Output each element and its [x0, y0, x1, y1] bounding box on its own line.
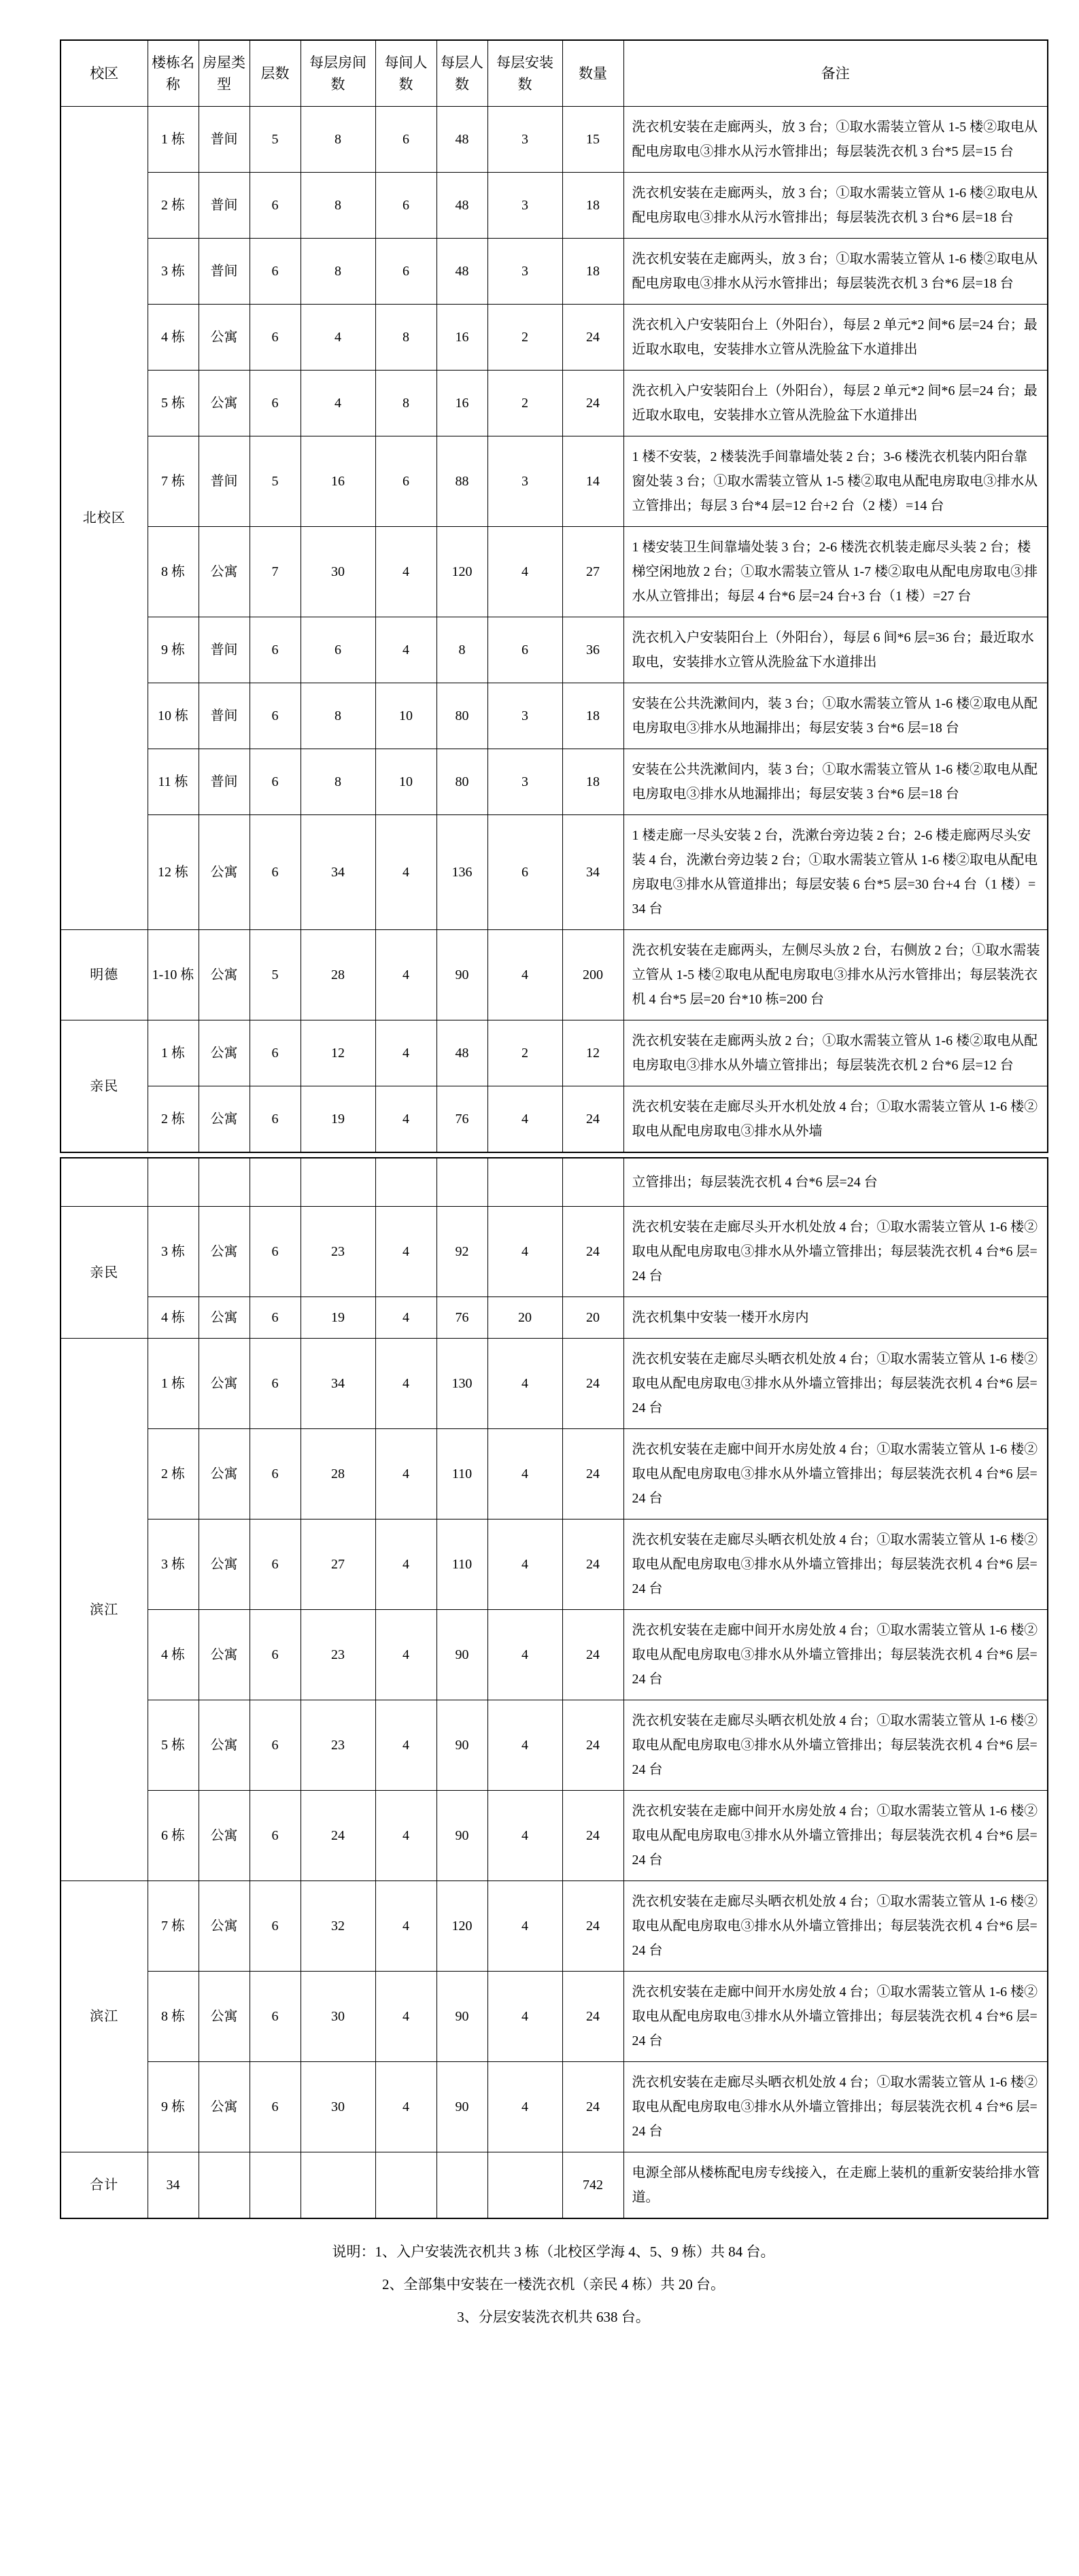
- cell-type: 普间: [199, 239, 250, 305]
- cell-floors: 6: [250, 749, 301, 815]
- cell-rooms: 27: [301, 1519, 375, 1610]
- cell-name: 7 栋: [148, 436, 199, 527]
- cell-remark: 洗衣机安装在走廊两头，左侧尽头放 2 台，右侧放 2 台；①取水需装立管从 1-…: [623, 930, 1048, 1020]
- cell-rooms: 8: [301, 749, 375, 815]
- cell-per-floor: 136: [436, 815, 487, 930]
- cell-rooms: 30: [301, 2062, 375, 2152]
- col-header-people-per-floor: 每层人数: [436, 40, 487, 107]
- cell-name: 4 栋: [148, 305, 199, 371]
- cell-remark: 洗衣机安装在走廊中间开水房处放 4 台；①取水需装立管从 1-6 楼②取电从配电…: [623, 1610, 1048, 1700]
- total-empty-cell: [250, 2152, 301, 2219]
- table-header: 校区 楼栋名称 房屋类型 层数 每层房间数 每间人数 每层人数 每层安装数 数量…: [61, 40, 1048, 107]
- cell-rooms: 23: [301, 1700, 375, 1791]
- cell-type: 公寓: [199, 1881, 250, 1972]
- cell-rooms: 4: [301, 371, 375, 436]
- cell-remark: 洗衣机安装在走廊尽头晒衣机处放 4 台；①取水需装立管从 1-6 楼②取电从配电…: [623, 1700, 1048, 1791]
- cell-rooms: 23: [301, 1207, 375, 1297]
- notes-section: 说明：1、入户安装洗衣机共 3 栋（北校区学海 4、5、9 栋）共 84 台。 …: [60, 2235, 1047, 2333]
- cell-name: 5 栋: [148, 371, 199, 436]
- cell-type: 公寓: [199, 1297, 250, 1339]
- cell-type: 公寓: [199, 1791, 250, 1881]
- cell-rooms: 32: [301, 1881, 375, 1972]
- cell-remark: 洗衣机入户安装阳台上（外阳台），每层 6 间*6 层=36 台；最近取水取电，安…: [623, 617, 1048, 683]
- cell-type: [199, 1158, 250, 1207]
- cell-rooms: 8: [301, 683, 375, 749]
- cell-rooms: 19: [301, 1297, 375, 1339]
- cell-per-floor-install: 4: [487, 1519, 562, 1610]
- building-row: 4 栋公寓64816224洗衣机入户安装阳台上（外阳台），每层 2 单元*2 间…: [61, 305, 1048, 371]
- col-header-installs-per-floor: 每层安装数: [487, 40, 562, 107]
- building-row: 亲民3 栋公寓623492424洗衣机安装在走廊尽头开水机处放 4 台；①取水需…: [61, 1207, 1048, 1297]
- cell-per-floor-install: 6: [487, 617, 562, 683]
- cell-remark: 洗衣机安装在走廊两头，放 3 台；①取水需装立管从 1-6 楼②取电从配电房取电…: [623, 173, 1048, 239]
- cell-qty: 24: [562, 371, 623, 436]
- campus-cell: 亲民: [61, 1207, 148, 1339]
- col-header-campus: 校区: [61, 40, 148, 107]
- cell-per-floor-install: 3: [487, 749, 562, 815]
- cell-per-floor-install: 4: [487, 527, 562, 617]
- cell-name: 3 栋: [148, 239, 199, 305]
- cell-name: 8 栋: [148, 527, 199, 617]
- document-page: 校区 楼栋名称 房屋类型 层数 每层房间数 每间人数 每层人数 每层安装数 数量…: [0, 0, 1079, 2576]
- cell-floors: 6: [250, 1519, 301, 1610]
- cell-remark: 立管排出；每层装洗衣机 4 台*6 层=24 台: [623, 1158, 1048, 1207]
- cell-per-room: 4: [375, 1086, 436, 1153]
- cell-rooms: 28: [301, 1429, 375, 1519]
- cell-qty: 27: [562, 527, 623, 617]
- cell-type: 公寓: [199, 527, 250, 617]
- cell-type: 公寓: [199, 815, 250, 930]
- cell-qty: 24: [562, 1610, 623, 1700]
- cell-qty: 12: [562, 1020, 623, 1086]
- campus-cell: 滨江: [61, 1339, 148, 1881]
- building-row: 北校区1 栋普间58648315洗衣机安装在走廊两头，放 3 台；①取水需装立管…: [61, 107, 1048, 173]
- campus-cell: 明德: [61, 930, 148, 1020]
- install-plan-table-part2: 立管排出；每层装洗衣机 4 台*6 层=24 台亲民3 栋公寓623492424…: [60, 1157, 1048, 2219]
- cell-per-floor-install: 4: [487, 1700, 562, 1791]
- cell-name: 5 栋: [148, 1700, 199, 1791]
- cell-name: 1 栋: [148, 1020, 199, 1086]
- cell-per-floor-install: 4: [487, 1881, 562, 1972]
- cell-per-floor: 90: [436, 1610, 487, 1700]
- cell-per-floor: 80: [436, 683, 487, 749]
- cell-qty: 24: [562, 1700, 623, 1791]
- cell-remark: 洗衣机安装在走廊尽头开水机处放 4 台；①取水需装立管从 1-6 楼②取电从配电…: [623, 1086, 1048, 1153]
- cell-floors: 5: [250, 930, 301, 1020]
- cell-per-floor: 88: [436, 436, 487, 527]
- cell-floors: 6: [250, 1791, 301, 1881]
- cell-rooms: 12: [301, 1020, 375, 1086]
- total-empty-cell: [199, 2152, 250, 2219]
- cell-per-floor-install: 4: [487, 1086, 562, 1153]
- cell-floors: 6: [250, 371, 301, 436]
- cell-qty: 15: [562, 107, 623, 173]
- cell-type: 公寓: [199, 1429, 250, 1519]
- cell-name: 2 栋: [148, 1429, 199, 1519]
- cell-name: 2 栋: [148, 1086, 199, 1153]
- header-row: 校区 楼栋名称 房屋类型 层数 每层房间数 每间人数 每层人数 每层安装数 数量…: [61, 40, 1048, 107]
- campus-cell: 亲民: [61, 1020, 148, 1153]
- cell-type: 公寓: [199, 1020, 250, 1086]
- cell-type: 普间: [199, 436, 250, 527]
- cell-per-room: 4: [375, 815, 436, 930]
- cell-floors: 5: [250, 107, 301, 173]
- note-line-3: 3、分层安装洗衣机共 638 台。: [60, 2301, 1047, 2333]
- cell-per-room: 4: [375, 2062, 436, 2152]
- building-row: 11 栋普间681080318安装在公共洗漱间内，装 3 台；①取水需装立管从 …: [61, 749, 1048, 815]
- cell-per-room: [375, 1158, 436, 1207]
- cell-qty: 18: [562, 749, 623, 815]
- building-row: 8 栋公寓73041204271 楼安装卫生间靠墙处装 3 台；2-6 楼洗衣机…: [61, 527, 1048, 617]
- cell-floors: 6: [250, 1207, 301, 1297]
- cell-per-floor: 90: [436, 1972, 487, 2062]
- building-row: 6 栋公寓624490424洗衣机安装在走廊中间开水房处放 4 台；①取水需装立…: [61, 1791, 1048, 1881]
- continuation-row: 立管排出；每层装洗衣机 4 台*6 层=24 台: [61, 1158, 1048, 1207]
- campus-cell: 北校区: [61, 107, 148, 930]
- cell-per-floor-install: 3: [487, 436, 562, 527]
- cell-per-floor: 120: [436, 527, 487, 617]
- building-row: 2 栋公寓6284110424洗衣机安装在走廊中间开水房处放 4 台；①取水需装…: [61, 1429, 1048, 1519]
- cell-remark: 洗衣机安装在走廊尽头晒衣机处放 4 台；①取水需装立管从 1-6 楼②取电从配电…: [623, 1519, 1048, 1610]
- cell-qty: [562, 1158, 623, 1207]
- cell-per-floor-install: 6: [487, 815, 562, 930]
- cell-qty: 34: [562, 815, 623, 930]
- cell-rooms: 19: [301, 1086, 375, 1153]
- building-row: 滨江7 栋公寓6324120424洗衣机安装在走廊尽头晒衣机处放 4 台；①取水…: [61, 1881, 1048, 1972]
- cell-floors: 7: [250, 527, 301, 617]
- cell-per-room: 4: [375, 1972, 436, 2062]
- cell-type: 公寓: [199, 1086, 250, 1153]
- cell-per-room: 4: [375, 617, 436, 683]
- cell-per-floor-install: 4: [487, 1339, 562, 1429]
- cell-name: 11 栋: [148, 749, 199, 815]
- cell-name: 2 栋: [148, 173, 199, 239]
- cell-type: 普间: [199, 683, 250, 749]
- building-row: 2 栋普间68648318洗衣机安装在走廊两头，放 3 台；①取水需装立管从 1…: [61, 173, 1048, 239]
- cell-per-floor-install: 4: [487, 1610, 562, 1700]
- total-empty-cell: [436, 2152, 487, 2219]
- cell-per-floor-install: 4: [487, 1429, 562, 1519]
- cell-type: 公寓: [199, 1519, 250, 1610]
- cell-rooms: 34: [301, 815, 375, 930]
- cell-per-floor: 90: [436, 1791, 487, 1881]
- cell-qty: 14: [562, 436, 623, 527]
- total-quantity-cell: 742: [562, 2152, 623, 2219]
- cell-per-floor: 8: [436, 617, 487, 683]
- building-row: 亲民1 栋公寓612448212洗衣机安装在走廊两头放 2 台；①取水需装立管从…: [61, 1020, 1048, 1086]
- building-row: 12 栋公寓63441366341 楼走廊一尽头安装 2 台，洗漱台旁边装 2 …: [61, 815, 1048, 930]
- cell-type: 公寓: [199, 2062, 250, 2152]
- building-row: 5 栋公寓623490424洗衣机安装在走廊尽头晒衣机处放 4 台；①取水需装立…: [61, 1700, 1048, 1791]
- campus-cell: 滨江: [61, 1881, 148, 2152]
- cell-floors: 6: [250, 1610, 301, 1700]
- cell-per-floor-install: 4: [487, 930, 562, 1020]
- cell-type: 公寓: [199, 305, 250, 371]
- cell-remark: 安装在公共洗漱间内，装 3 台；①取水需装立管从 1-6 楼②取电从配电房取电③…: [623, 683, 1048, 749]
- cell-per-floor: 110: [436, 1519, 487, 1610]
- cell-name: 12 栋: [148, 815, 199, 930]
- cell-remark: 洗衣机安装在走廊两头，放 3 台；①取水需装立管从 1-6 楼②取电从配电房取电…: [623, 239, 1048, 305]
- cell-rooms: 30: [301, 1972, 375, 2062]
- cell-rooms: 6: [301, 617, 375, 683]
- cell-per-floor-install: 3: [487, 107, 562, 173]
- cell-floors: 6: [250, 173, 301, 239]
- cell-type: 公寓: [199, 371, 250, 436]
- col-header-remark: 备注: [623, 40, 1048, 107]
- cell-per-room: 4: [375, 1519, 436, 1610]
- cell-rooms: 8: [301, 107, 375, 173]
- total-empty-cell: [487, 2152, 562, 2219]
- cell-name: 1-10 栋: [148, 930, 199, 1020]
- cell-name: 4 栋: [148, 1610, 199, 1700]
- cell-remark: 洗衣机入户安装阳台上（外阳台），每层 2 单元*2 间*6 层=24 台；最近取…: [623, 305, 1048, 371]
- cell-qty: 18: [562, 683, 623, 749]
- col-header-people-per-room: 每间人数: [375, 40, 436, 107]
- cell-remark: 洗衣机集中安装一楼开水房内: [623, 1297, 1048, 1339]
- cell-remark: 洗衣机安装在走廊尽头晒衣机处放 4 台；①取水需装立管从 1-6 楼②取电从配电…: [623, 1339, 1048, 1429]
- cell-per-room: 4: [375, 1297, 436, 1339]
- cell-qty: 24: [562, 305, 623, 371]
- cell-per-floor: 48: [436, 239, 487, 305]
- cell-per-room: 6: [375, 436, 436, 527]
- cell-per-floor: 48: [436, 107, 487, 173]
- building-row: 滨江1 栋公寓6344130424洗衣机安装在走廊尽头晒衣机处放 4 台；①取水…: [61, 1339, 1048, 1429]
- total-remark-cell: 电源全部从楼栋配电房专线接入，在走廊上装机的重新安装给排水管道。: [623, 2152, 1048, 2219]
- cell-per-floor: 92: [436, 1207, 487, 1297]
- cell-name: 1 栋: [148, 1339, 199, 1429]
- cell-per-floor-install: 4: [487, 2062, 562, 2152]
- cell-per-floor-install: 2: [487, 371, 562, 436]
- cell-name: 7 栋: [148, 1881, 199, 1972]
- note-line-2: 2、全部集中安装在一楼洗衣机（亲民 4 栋）共 20 台。: [60, 2268, 1047, 2301]
- cell-per-floor: 48: [436, 1020, 487, 1086]
- total-row: 合计34742电源全部从楼栋配电房专线接入，在走廊上装机的重新安装给排水管道。: [61, 2152, 1048, 2219]
- cell-type: 公寓: [199, 1700, 250, 1791]
- cell-name: 9 栋: [148, 617, 199, 683]
- cell-type: 普间: [199, 173, 250, 239]
- building-row: 9 栋普间6648636洗衣机入户安装阳台上（外阳台），每层 6 间*6 层=3…: [61, 617, 1048, 683]
- cell-remark: 安装在公共洗漱间内，装 3 台；①取水需装立管从 1-6 楼②取电从配电房取电③…: [623, 749, 1048, 815]
- cell-per-room: 4: [375, 1207, 436, 1297]
- cell-remark: 1 楼不安装，2 楼装洗手间靠墙处装 2 台；3-6 楼洗衣机装内阳台靠窗处装 …: [623, 436, 1048, 527]
- cell-per-room: 4: [375, 1610, 436, 1700]
- cell-per-floor-install: 3: [487, 239, 562, 305]
- cell-qty: 18: [562, 239, 623, 305]
- cell-floors: 6: [250, 1429, 301, 1519]
- cell-name: 6 栋: [148, 1791, 199, 1881]
- cell-per-floor: 110: [436, 1429, 487, 1519]
- cell-per-floor: [436, 1158, 487, 1207]
- cell-qty: 24: [562, 1881, 623, 1972]
- cell-floors: 6: [250, 1972, 301, 2062]
- building-row: 2 栋公寓619476424洗衣机安装在走廊尽头开水机处放 4 台；①取水需装立…: [61, 1086, 1048, 1153]
- cell-per-floor-install: [487, 1158, 562, 1207]
- cell-qty: 24: [562, 1339, 623, 1429]
- cell-per-room: 4: [375, 527, 436, 617]
- cell-floors: 6: [250, 1297, 301, 1339]
- cell-per-room: 6: [375, 239, 436, 305]
- building-row: 9 栋公寓630490424洗衣机安装在走廊尽头晒衣机处放 4 台；①取水需装立…: [61, 2062, 1048, 2152]
- cell-remark: 洗衣机安装在走廊尽头晒衣机处放 4 台；①取水需装立管从 1-6 楼②取电从配电…: [623, 1881, 1048, 1972]
- cell-qty: 24: [562, 1429, 623, 1519]
- cell-qty: 24: [562, 1086, 623, 1153]
- cell-per-room: 4: [375, 1881, 436, 1972]
- cell-type: 公寓: [199, 930, 250, 1020]
- cell-per-floor-install: 3: [487, 683, 562, 749]
- cell-per-floor: 90: [436, 1700, 487, 1791]
- install-plan-table-part1: 校区 楼栋名称 房屋类型 层数 每层房间数 每间人数 每层人数 每层安装数 数量…: [60, 39, 1048, 1153]
- building-row: 4 栋公寓623490424洗衣机安装在走廊中间开水房处放 4 台；①取水需装立…: [61, 1610, 1048, 1700]
- cell-per-floor: 16: [436, 371, 487, 436]
- cell-per-room: 4: [375, 1020, 436, 1086]
- cell-remark: 洗衣机安装在走廊尽头晒衣机处放 4 台；①取水需装立管从 1-6 楼②取电从配电…: [623, 2062, 1048, 2152]
- cell-rooms: 23: [301, 1610, 375, 1700]
- cell-per-floor: 90: [436, 2062, 487, 2152]
- cell-per-room: 10: [375, 749, 436, 815]
- cell-rooms: 8: [301, 239, 375, 305]
- cell-rooms: 24: [301, 1791, 375, 1881]
- cell-floors: 6: [250, 617, 301, 683]
- cell-rooms: 30: [301, 527, 375, 617]
- col-header-type: 房屋类型: [199, 40, 250, 107]
- cell-qty: 24: [562, 2062, 623, 2152]
- cell-per-room: 4: [375, 1700, 436, 1791]
- cell-remark: 1 楼安装卫生间靠墙处装 3 台；2-6 楼洗衣机装走廊尽头装 2 台；楼梯空闲…: [623, 527, 1048, 617]
- cell-per-room: 8: [375, 371, 436, 436]
- cell-per-floor-install: 4: [487, 1207, 562, 1297]
- building-row: 3 栋公寓6274110424洗衣机安装在走廊尽头晒衣机处放 4 台；①取水需装…: [61, 1519, 1048, 1610]
- cell-floors: 6: [250, 1339, 301, 1429]
- cell-per-room: 8: [375, 305, 436, 371]
- cell-per-floor: 76: [436, 1297, 487, 1339]
- cell-per-room: 4: [375, 1429, 436, 1519]
- cell-qty: 200: [562, 930, 623, 1020]
- building-row: 3 栋普间68648318洗衣机安装在走廊两头，放 3 台；①取水需装立管从 1…: [61, 239, 1048, 305]
- cell-rooms: 4: [301, 305, 375, 371]
- total-empty-cell: [301, 2152, 375, 2219]
- building-row: 5 栋公寓64816224洗衣机入户安装阳台上（外阳台），每层 2 单元*2 间…: [61, 371, 1048, 436]
- cell-per-floor: 120: [436, 1881, 487, 1972]
- cell-qty: 24: [562, 1972, 623, 2062]
- cell-per-floor: 80: [436, 749, 487, 815]
- cell-remark: 洗衣机安装在走廊中间开水房处放 4 台；①取水需装立管从 1-6 楼②取电从配电…: [623, 1791, 1048, 1881]
- cell-rooms: 34: [301, 1339, 375, 1429]
- col-header-rooms-per-floor: 每层房间数: [301, 40, 375, 107]
- cell-type: 公寓: [199, 1339, 250, 1429]
- cell-per-room: 4: [375, 1791, 436, 1881]
- cell-per-room: 10: [375, 683, 436, 749]
- cell-qty: 24: [562, 1519, 623, 1610]
- cell-floors: 5: [250, 436, 301, 527]
- building-row: 10 栋普间681080318安装在公共洗漱间内，装 3 台；①取水需装立管从 …: [61, 683, 1048, 749]
- cell-floors: 6: [250, 1086, 301, 1153]
- cell-floors: 6: [250, 239, 301, 305]
- cell-remark: 洗衣机入户安装阳台上（外阳台），每层 2 单元*2 间*6 层=24 台；最近取…: [623, 371, 1048, 436]
- cell-name: 3 栋: [148, 1519, 199, 1610]
- cell-floors: 6: [250, 683, 301, 749]
- cell-qty: 20: [562, 1297, 623, 1339]
- total-buildings-cell: 34: [148, 2152, 199, 2219]
- cell-remark: 洗衣机安装在走廊两头，放 3 台；①取水需装立管从 1-5 楼②取电从配电房取电…: [623, 107, 1048, 173]
- cell-per-floor: 48: [436, 173, 487, 239]
- cell-floors: 6: [250, 1881, 301, 1972]
- cell-per-room: 4: [375, 930, 436, 1020]
- cell-per-floor-install: 2: [487, 1020, 562, 1086]
- total-empty-cell: [375, 2152, 436, 2219]
- cell-per-floor-install: 2: [487, 305, 562, 371]
- cell-floors: 6: [250, 815, 301, 930]
- cell-rooms: [301, 1158, 375, 1207]
- cell-remark: 洗衣机安装在走廊两头放 2 台；①取水需装立管从 1-6 楼②取电从配电房取电③…: [623, 1020, 1048, 1086]
- cell-name: 3 栋: [148, 1207, 199, 1297]
- cell-per-floor: 130: [436, 1339, 487, 1429]
- cell-name: 8 栋: [148, 1972, 199, 2062]
- cell-name: [148, 1158, 199, 1207]
- cell-per-floor: 76: [436, 1086, 487, 1153]
- building-row: 明德1-10 栋公寓5284904200洗衣机安装在走廊两头，左侧尽头放 2 台…: [61, 930, 1048, 1020]
- col-header-quantity: 数量: [562, 40, 623, 107]
- cell-remark: 洗衣机安装在走廊尽头开水机处放 4 台；①取水需装立管从 1-6 楼②取电从配电…: [623, 1207, 1048, 1297]
- cell-name: 4 栋: [148, 1297, 199, 1339]
- cell-floors: 6: [250, 1700, 301, 1791]
- cell-per-floor-install: 4: [487, 1791, 562, 1881]
- cell-qty: 18: [562, 173, 623, 239]
- cell-name: 10 栋: [148, 683, 199, 749]
- cell-floors: [250, 1158, 301, 1207]
- total-label-cell: 合计: [61, 2152, 148, 2219]
- cell-type: 普间: [199, 617, 250, 683]
- col-header-building: 楼栋名称: [148, 40, 199, 107]
- campus-cell: [61, 1158, 148, 1207]
- cell-floors: 6: [250, 1020, 301, 1086]
- col-header-floors: 层数: [250, 40, 301, 107]
- note-line-1: 说明：1、入户安装洗衣机共 3 栋（北校区学海 4、5、9 栋）共 84 台。: [60, 2235, 1047, 2268]
- cell-rooms: 8: [301, 173, 375, 239]
- cell-name: 1 栋: [148, 107, 199, 173]
- cell-per-room: 6: [375, 107, 436, 173]
- cell-qty: 36: [562, 617, 623, 683]
- cell-remark: 洗衣机安装在走廊中间开水房处放 4 台；①取水需装立管从 1-6 楼②取电从配电…: [623, 1972, 1048, 2062]
- building-row: 7 栋普间5166883141 楼不安装，2 楼装洗手间靠墙处装 2 台；3-6…: [61, 436, 1048, 527]
- building-row: 4 栋公寓6194762020洗衣机集中安装一楼开水房内: [61, 1297, 1048, 1339]
- cell-type: 公寓: [199, 1610, 250, 1700]
- cell-remark: 1 楼走廊一尽头安装 2 台，洗漱台旁边装 2 台；2-6 楼走廊两尽头安装 4…: [623, 815, 1048, 930]
- cell-type: 公寓: [199, 1972, 250, 2062]
- cell-rooms: 28: [301, 930, 375, 1020]
- cell-per-floor: 16: [436, 305, 487, 371]
- cell-per-floor-install: 4: [487, 1972, 562, 2062]
- cell-remark: 洗衣机安装在走廊中间开水房处放 4 台；①取水需装立管从 1-6 楼②取电从配电…: [623, 1429, 1048, 1519]
- cell-type: 普间: [199, 107, 250, 173]
- cell-qty: 24: [562, 1207, 623, 1297]
- cell-floors: 6: [250, 2062, 301, 2152]
- cell-per-floor-install: 20: [487, 1297, 562, 1339]
- cell-type: 公寓: [199, 1207, 250, 1297]
- cell-per-room: 6: [375, 173, 436, 239]
- cell-per-floor: 90: [436, 930, 487, 1020]
- cell-type: 普间: [199, 749, 250, 815]
- cell-per-room: 4: [375, 1339, 436, 1429]
- cell-qty: 24: [562, 1791, 623, 1881]
- cell-per-floor-install: 3: [487, 173, 562, 239]
- cell-floors: 6: [250, 305, 301, 371]
- building-row: 8 栋公寓630490424洗衣机安装在走廊中间开水房处放 4 台；①取水需装立…: [61, 1972, 1048, 2062]
- cell-rooms: 16: [301, 436, 375, 527]
- cell-name: 9 栋: [148, 2062, 199, 2152]
